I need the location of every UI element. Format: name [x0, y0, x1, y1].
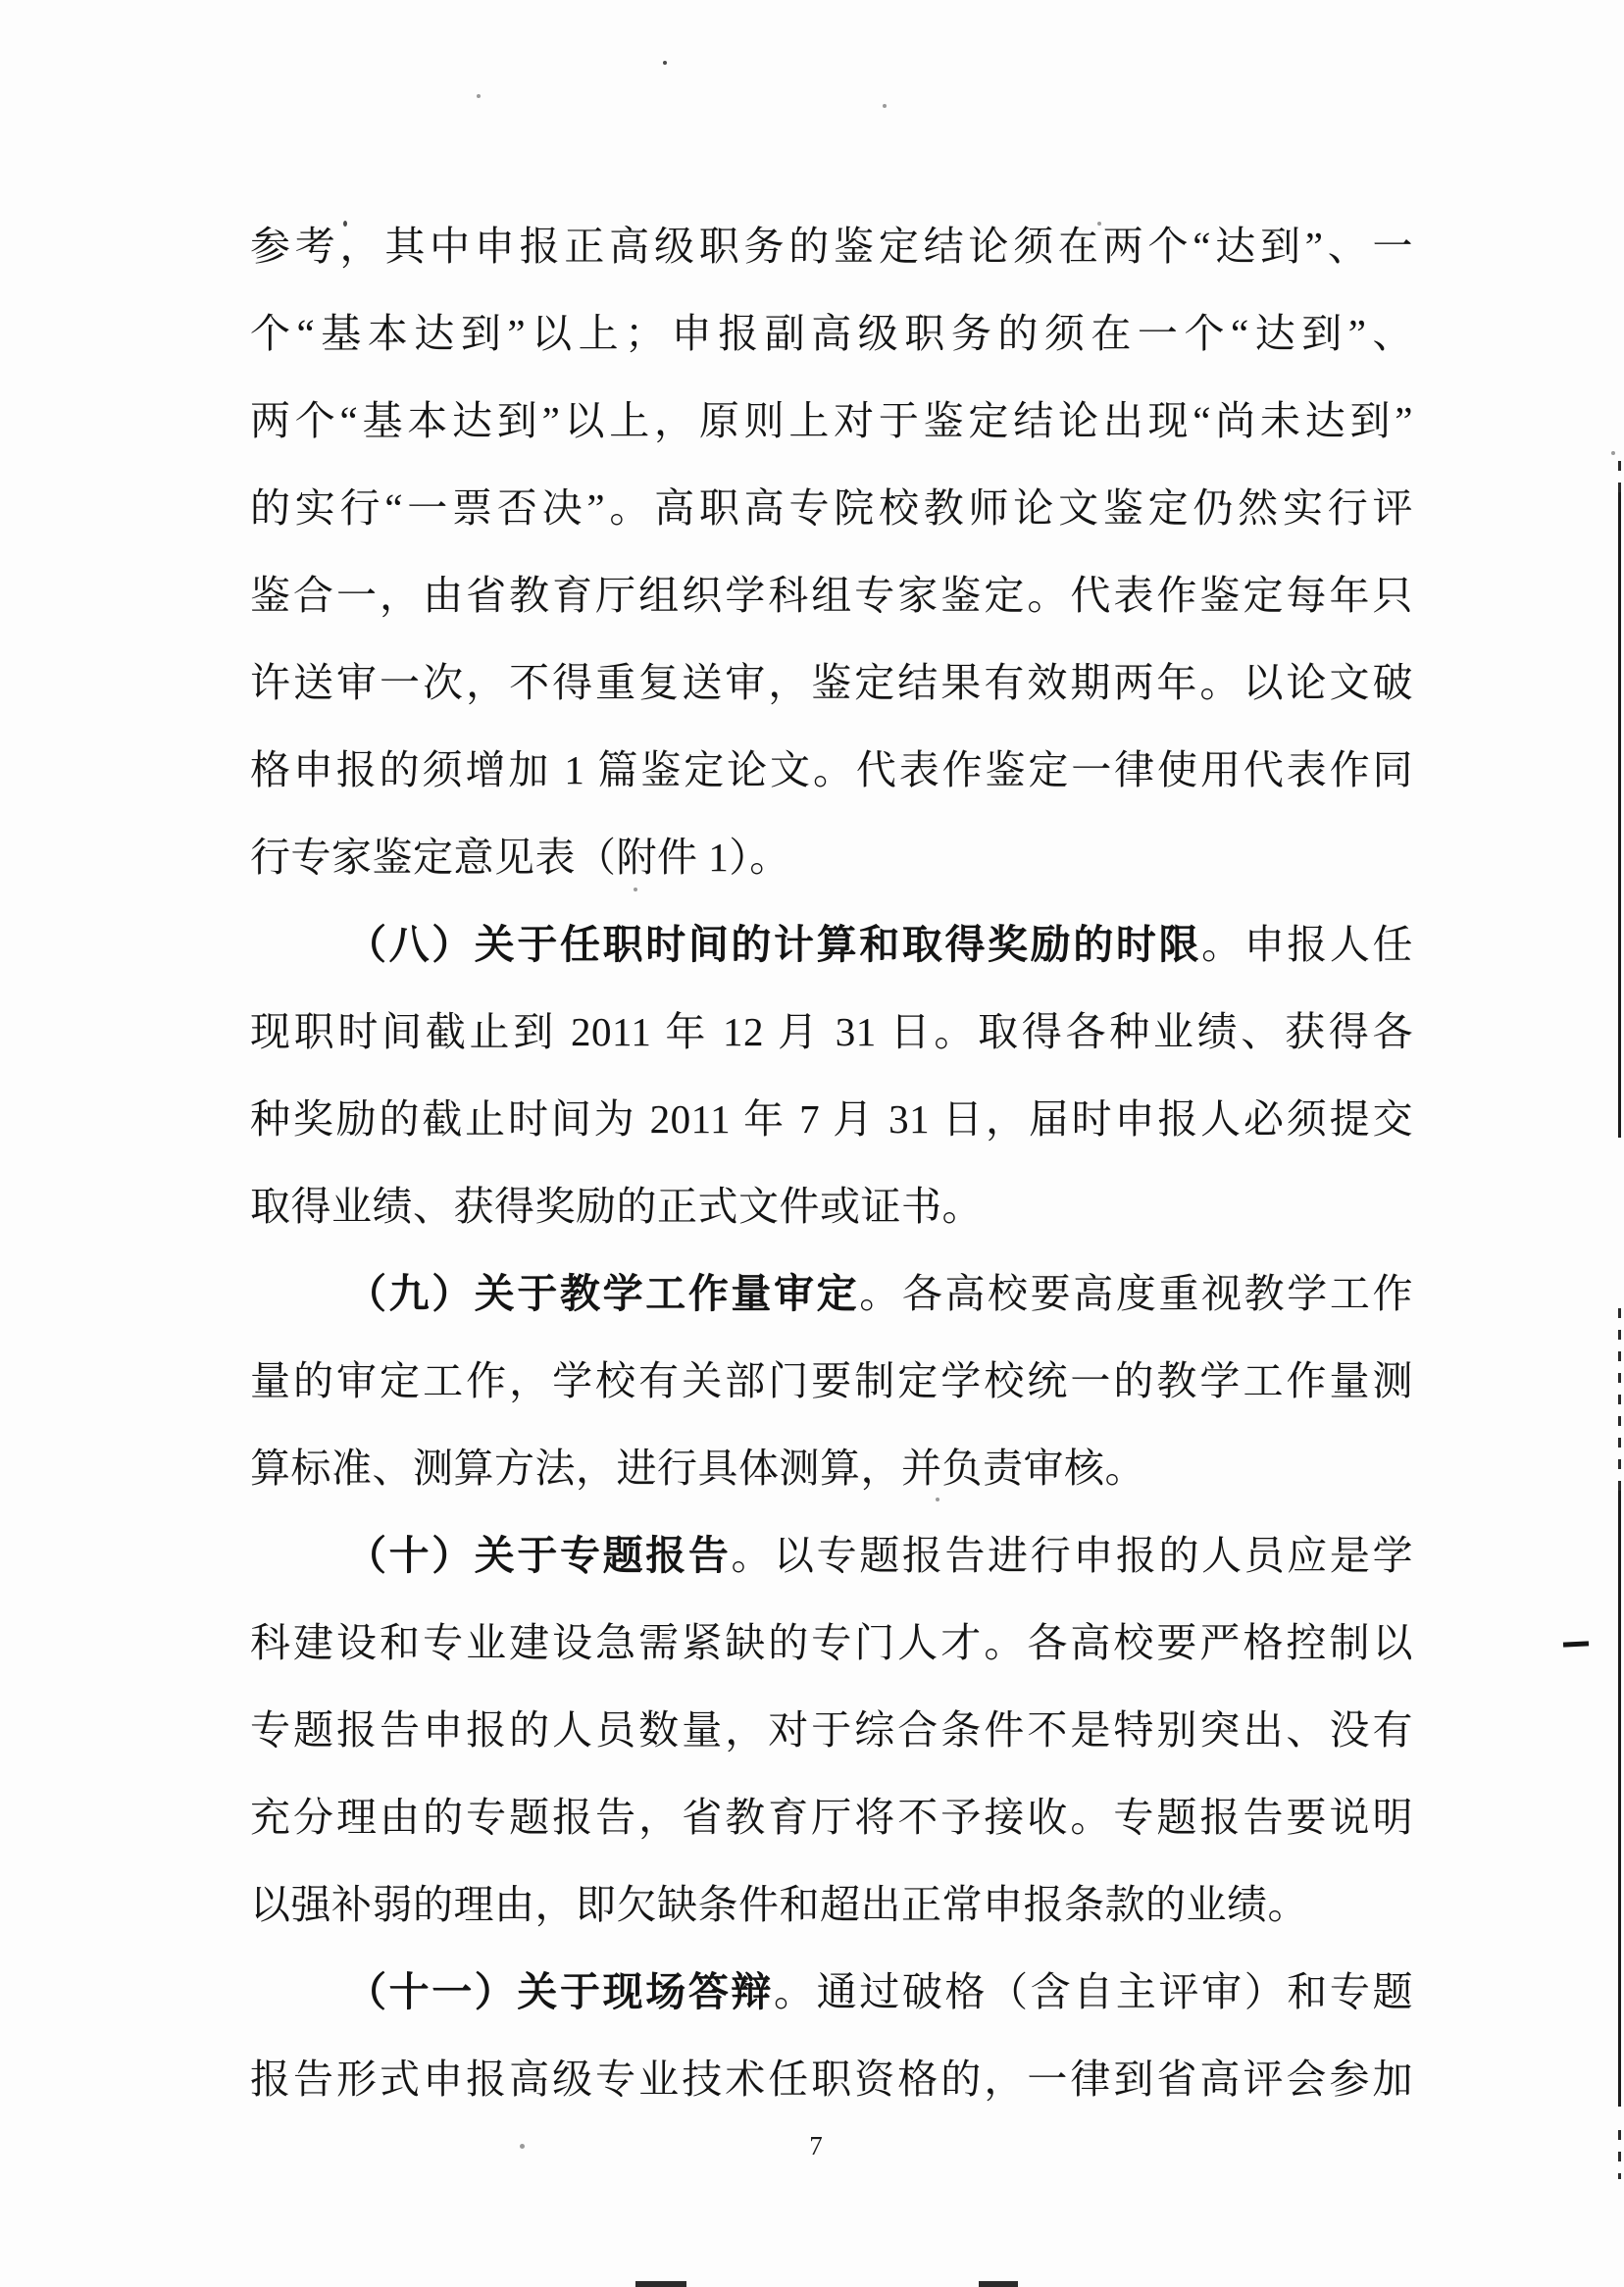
section-heading-line: （八）关于任职时间的计算和取得奖励的时限。申报人任 [250, 901, 1413, 989]
scan-speck [1611, 451, 1615, 455]
page-edge-line [1618, 492, 1621, 1138]
text-line: 量的审定工作，学校有关部门要制定学校统一的教学工作量测 [250, 1338, 1413, 1425]
section-heading-10: （十）关于专题报告 [346, 1533, 731, 1578]
text-line: 充分理由的专题报告，省教育厅将不予接收。专题报告要说明 [250, 1774, 1413, 1861]
page-edge-dashes [1618, 1308, 1621, 1491]
text-line: 鉴合一，由省教育厅组织学科组专家鉴定。代表作鉴定每年只 [250, 552, 1413, 639]
text-line: 种奖励的截止时间为 2011 年 7 月 31 日，届时申报人必须提交 [250, 1076, 1413, 1163]
scan-speck [477, 94, 481, 98]
scan-smudge [635, 2281, 686, 2287]
page-edge-dashes [1618, 2130, 1621, 2179]
text-line: 行专家鉴定意见表（附件 1）。 [250, 814, 1413, 901]
heading-tail-text: 。申报人任 [1201, 922, 1413, 967]
text-line: 参考，其中申报正高级职务的鉴定结论须在两个“达到”、一 [250, 203, 1413, 290]
scan-speck [883, 104, 887, 108]
section-heading-9: （九）关于教学工作量审定 [346, 1271, 859, 1316]
section-heading-line: （十）关于专题报告。以专题报告进行申报的人员应是学 [250, 1512, 1413, 1600]
text-line: 现职时间截止到 2011 年 12 月 31 日。取得各种业绩、获得各 [250, 989, 1413, 1076]
text-line: 以强补弱的理由，即欠缺条件和超出正常申报条款的业绩。 [250, 1861, 1413, 1949]
heading-tail-text: 。通过破格（含自主评审）和专题 [774, 1969, 1413, 2014]
scan-speck [634, 888, 637, 891]
heading-tail-text: 。各高校要高度重视教学工作 [859, 1271, 1413, 1316]
text-line: 两个“基本达到”以上，原则上对于鉴定结论出现“尚未达到” [250, 378, 1413, 465]
text-line: 取得业绩、获得奖励的正式文件或证书。 [250, 1163, 1413, 1250]
text-line: 许送审一次，不得重复送审，鉴定结果有效期两年。以论文破 [250, 639, 1413, 727]
text-line: 算标准、测算方法，进行具体测算，并负责审核。 [250, 1425, 1413, 1512]
scan-dash-artifact [1563, 1641, 1589, 1647]
text-line: 报告形式申报高级专业技术任职资格的，一律到省高评会参加 [250, 2036, 1413, 2123]
text-line: 专题报告申报的人员数量，对于综合条件不是特别突出、没有 [250, 1687, 1413, 1774]
text-line: 个“基本达到”以上；申报副高级职务的须在一个“达到”、 [250, 290, 1413, 378]
scan-smudge [979, 2281, 1018, 2287]
section-heading-line: （十一）关于现场答辩。通过破格（含自主评审）和专题 [250, 1949, 1413, 2036]
document-body: 参考，其中申报正高级职务的鉴定结论须在两个“达到”、一 个“基本达到”以上；申报… [250, 203, 1413, 2123]
scan-speck [520, 2144, 525, 2149]
text-line: 格申报的须增加 1 篇鉴定论文。代表作鉴定一律使用代表作同 [250, 727, 1413, 814]
section-heading-8: （八）关于任职时间的计算和取得奖励的时限 [346, 922, 1201, 967]
page-edge-line [1618, 1491, 1621, 2107]
heading-tail-text: 。以专题报告进行申报的人员应是学 [731, 1533, 1413, 1578]
page-edge-dots [1618, 461, 1621, 492]
scan-speck [663, 61, 667, 65]
page-number: 7 [785, 2130, 847, 2161]
text-line: 科建设和专业建设急需紧缺的专门人才。各高校要严格控制以 [250, 1600, 1413, 1687]
scan-speck [936, 1498, 939, 1501]
text-line: 的实行“一票否决”。高职高专院校教师论文鉴定仍然实行评 [250, 465, 1413, 552]
scan-speck [1097, 222, 1101, 226]
section-heading-11: （十一）关于现场答辩 [346, 1969, 774, 2014]
section-heading-line: （九）关于教学工作量审定。各高校要高度重视教学工作 [250, 1250, 1413, 1338]
scan-speck [343, 221, 347, 227]
document-page: 参考，其中申报正高级职务的鉴定结论须在两个“达到”、一 个“基本达到”以上；申报… [0, 0, 1624, 2287]
